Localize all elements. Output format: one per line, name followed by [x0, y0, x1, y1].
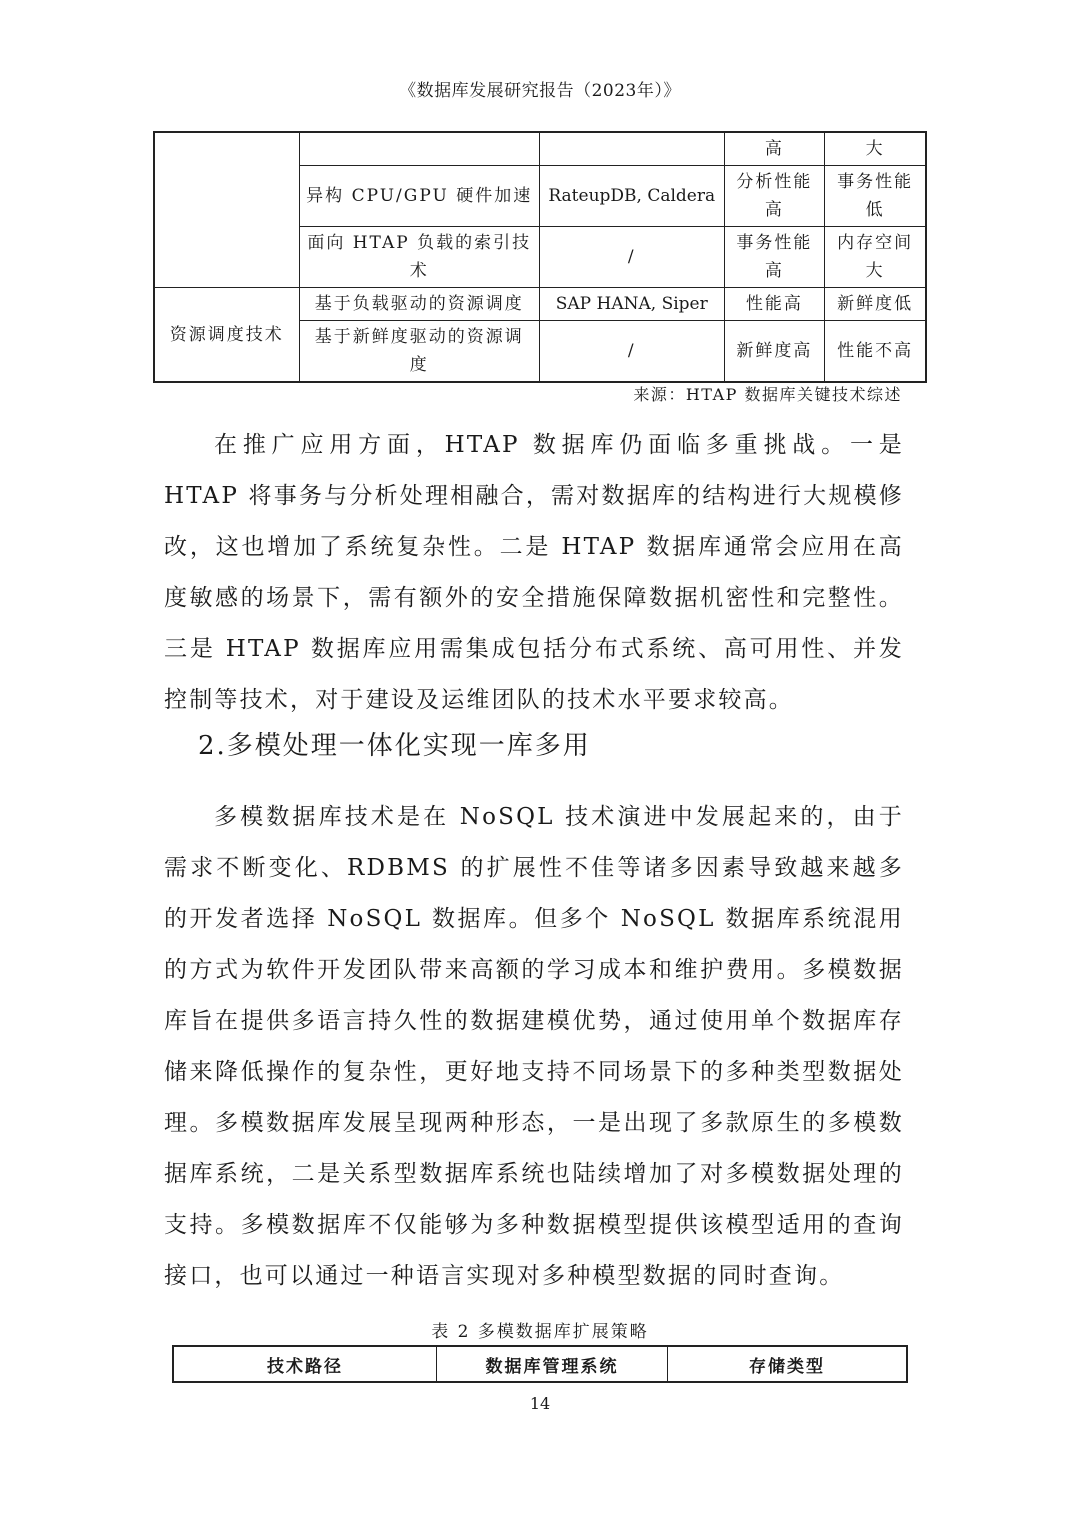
page-number: 14: [0, 1394, 1080, 1413]
table-cell: 性能不高: [825, 321, 926, 383]
document-header: 《数据库发展研究报告（2023年）》: [0, 76, 1080, 101]
table-cell: [539, 132, 724, 166]
table-cell: 资源调度技术: [154, 288, 299, 383]
table-cell: 大: [825, 132, 926, 166]
table-cell: 面向 HTAP 负载的索引技术: [299, 227, 539, 288]
table-row: 资源调度技术 基于负载驱动的资源调度 SAP HANA, Siper 性能高 新…: [154, 288, 926, 321]
section-heading: 2.多模处理一体化实现一库多用: [198, 725, 591, 762]
table-cell: 内存空间大: [825, 227, 926, 288]
table-row: 高 大: [154, 132, 926, 166]
table-cell: 事务性能低: [825, 166, 926, 227]
table-cell: 性能高: [724, 288, 825, 321]
table-cell: SAP HANA, Siper: [539, 288, 724, 321]
paragraph-multimodel: 多模数据库技术是在 NoSQL 技术演进中发展起来的，由于需求不断变化、RDBM…: [164, 792, 904, 1302]
htap-tech-table: 高 大 异构 CPU/GPU 硬件加速 RateupDB, Caldera 分析…: [153, 131, 927, 383]
paragraph-text: 多模数据库技术是在 NoSQL 技术演进中发展起来的，由于需求不断变化、RDBM…: [164, 792, 904, 1302]
table-cell: 异构 CPU/GPU 硬件加速: [299, 166, 539, 227]
paragraph-text: 在推广应用方面，HTAP 数据库仍面临多重挑战。一是 HTAP 将事务与分析处理…: [164, 420, 904, 726]
table-header-cell: 存储类型: [668, 1346, 908, 1382]
table-cell: RateupDB, Caldera: [539, 166, 724, 227]
table-cell: 新鲜度低: [825, 288, 926, 321]
table-caption: 表 2 多模数据库扩展策略: [0, 1317, 1080, 1342]
table-cell: /: [539, 321, 724, 383]
table-header-cell: 技术路径: [173, 1346, 437, 1382]
table-source-note: 来源：HTAP 数据库关键技术综述: [633, 382, 902, 405]
multimodel-strategy-table: 技术路径 数据库管理系统 存储类型: [172, 1345, 908, 1383]
table-cell: 新鲜度高: [724, 321, 825, 383]
table-header-cell: 数据库管理系统: [437, 1346, 668, 1382]
paragraph-htap-challenges: 在推广应用方面，HTAP 数据库仍面临多重挑战。一是 HTAP 将事务与分析处理…: [164, 420, 904, 726]
table-cell: 事务性能高: [724, 227, 825, 288]
table-cell: /: [539, 227, 724, 288]
table-cell: 基于新鲜度驱动的资源调度: [299, 321, 539, 383]
table-cell: [299, 132, 539, 166]
table-cell: 分析性能高: [724, 166, 825, 227]
table-cell: 基于负载驱动的资源调度: [299, 288, 539, 321]
table-cell: [154, 132, 299, 288]
table-header-row: 技术路径 数据库管理系统 存储类型: [173, 1346, 907, 1382]
table-cell: 高: [724, 132, 825, 166]
